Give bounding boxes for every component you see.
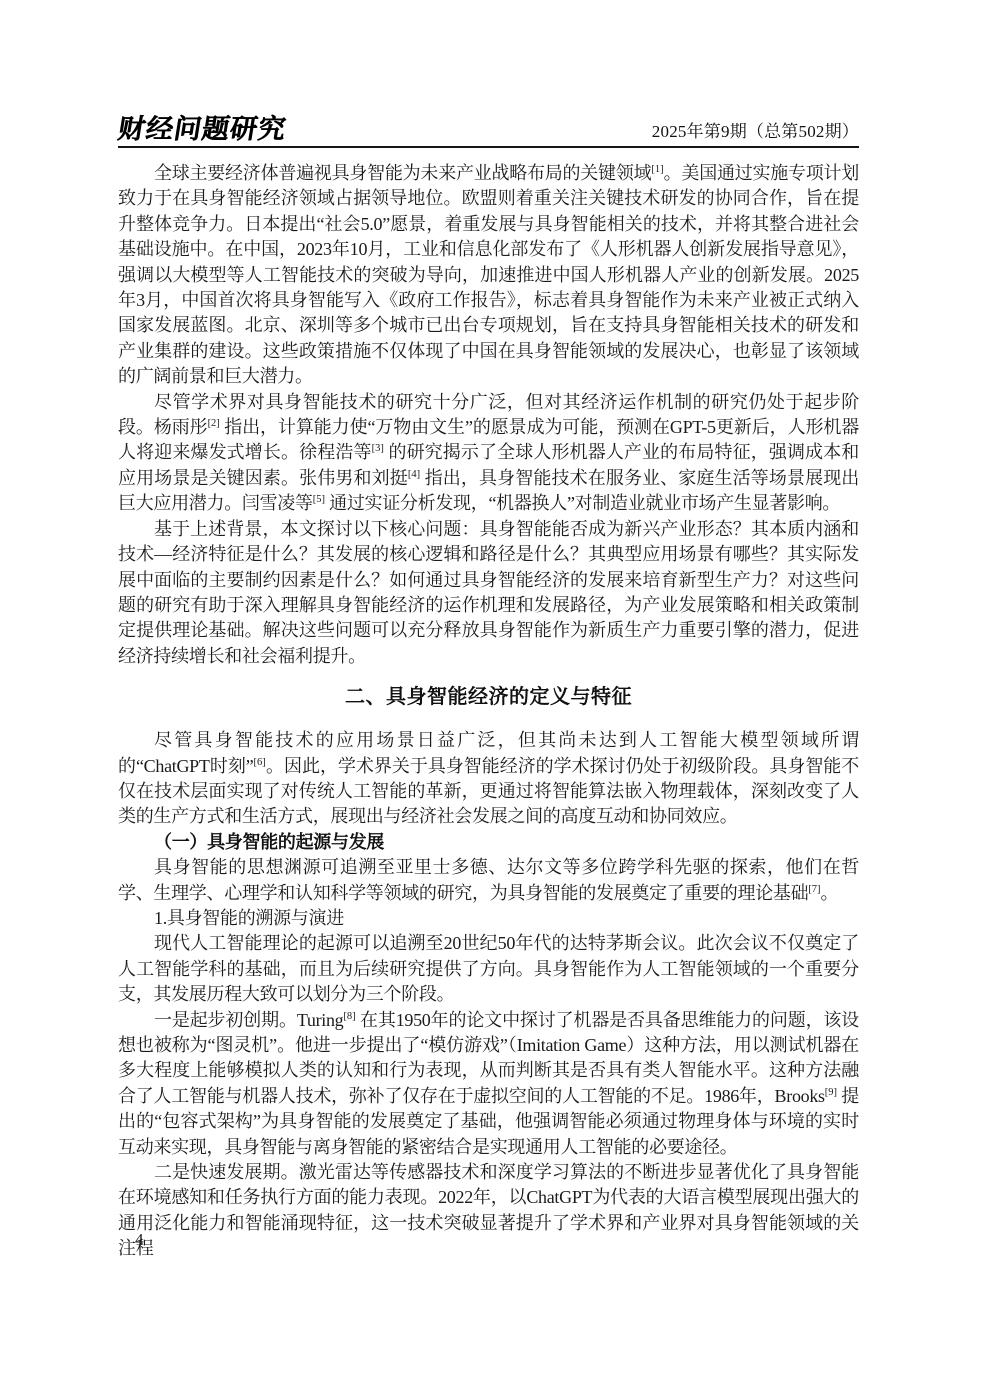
paragraph-sub1-2: 现代人工智能理论的起源可以追溯至20世纪50年代的达特茅斯会议。此次会议不仅奠定… [118,931,859,1007]
paragraph-intro-2: 尽管学术界对具身智能技术的研究十分广泛，但对其经济运作机制的研究仍处于起步阶段。… [118,390,859,517]
reference-marker: [7] [808,884,820,895]
subsection-heading-origin-and-development: （一）具身智能的起源与发展 [118,830,859,855]
paragraph-section2-1: 尽管具身智能技术的应用场景日益广泛，但其尚未达到人工智能大模型领域所谓的“Cha… [118,728,859,830]
section-heading-definition-and-features: 二、具身智能经济的定义与特征 [118,684,859,710]
subsubsection-heading-tracing-and-evolution: 1.具身智能的溯源与演进 [118,906,859,931]
paragraph-sub1-3: 一是起步初创期。Turing[8] 在其1950年的论文中探讨了机器是否具备思维… [118,1008,859,1160]
paragraph-intro-3: 基于上述背景，本文探讨以下核心问题：具身智能能否成为新兴产业形态？其本质内涵和技… [118,517,859,669]
reference-marker: [4] [408,469,420,480]
reference-marker: [2] [208,418,220,429]
reference-marker: [8] [343,1011,355,1022]
reference-marker: [9] [825,1087,837,1098]
paragraph-sub1-4: 二是快速发展期。激光雷达等传感器技术和深度学习算法的不断进步显著优化了具身智能在… [118,1160,859,1262]
issue-info: 2025年第9期（总第502期） [652,122,859,142]
article-body: 全球主要经济体普遍视具身智能为未来产业战略布局的关键领域[1]。美国通过实施专项… [118,161,859,1262]
reference-marker: [6] [254,757,266,768]
reference-marker: [5] [313,494,325,505]
reference-marker: [3] [372,443,384,454]
reference-marker: [1] [651,164,663,175]
page-header: 财经问题研究 2025年第9期（总第502期） [118,116,859,142]
header-rule [118,146,859,148]
journal-logo: 财经问题研究 [116,116,288,142]
paragraph-intro-1: 全球主要经济体普遍视具身智能为未来产业战略布局的关键领域[1]。美国通过实施专项… [118,161,859,390]
paragraph-sub1-1: 具身智能的思想渊源可追溯至亚里士多德、达尔文等多位跨学科先驱的探索，他们在哲学、… [118,855,859,906]
journal-page: 财经问题研究 2025年第9期（总第502期） 全球主要经济体普遍视具身智能为未… [0,0,983,1378]
page-number: 4 [135,1230,144,1250]
